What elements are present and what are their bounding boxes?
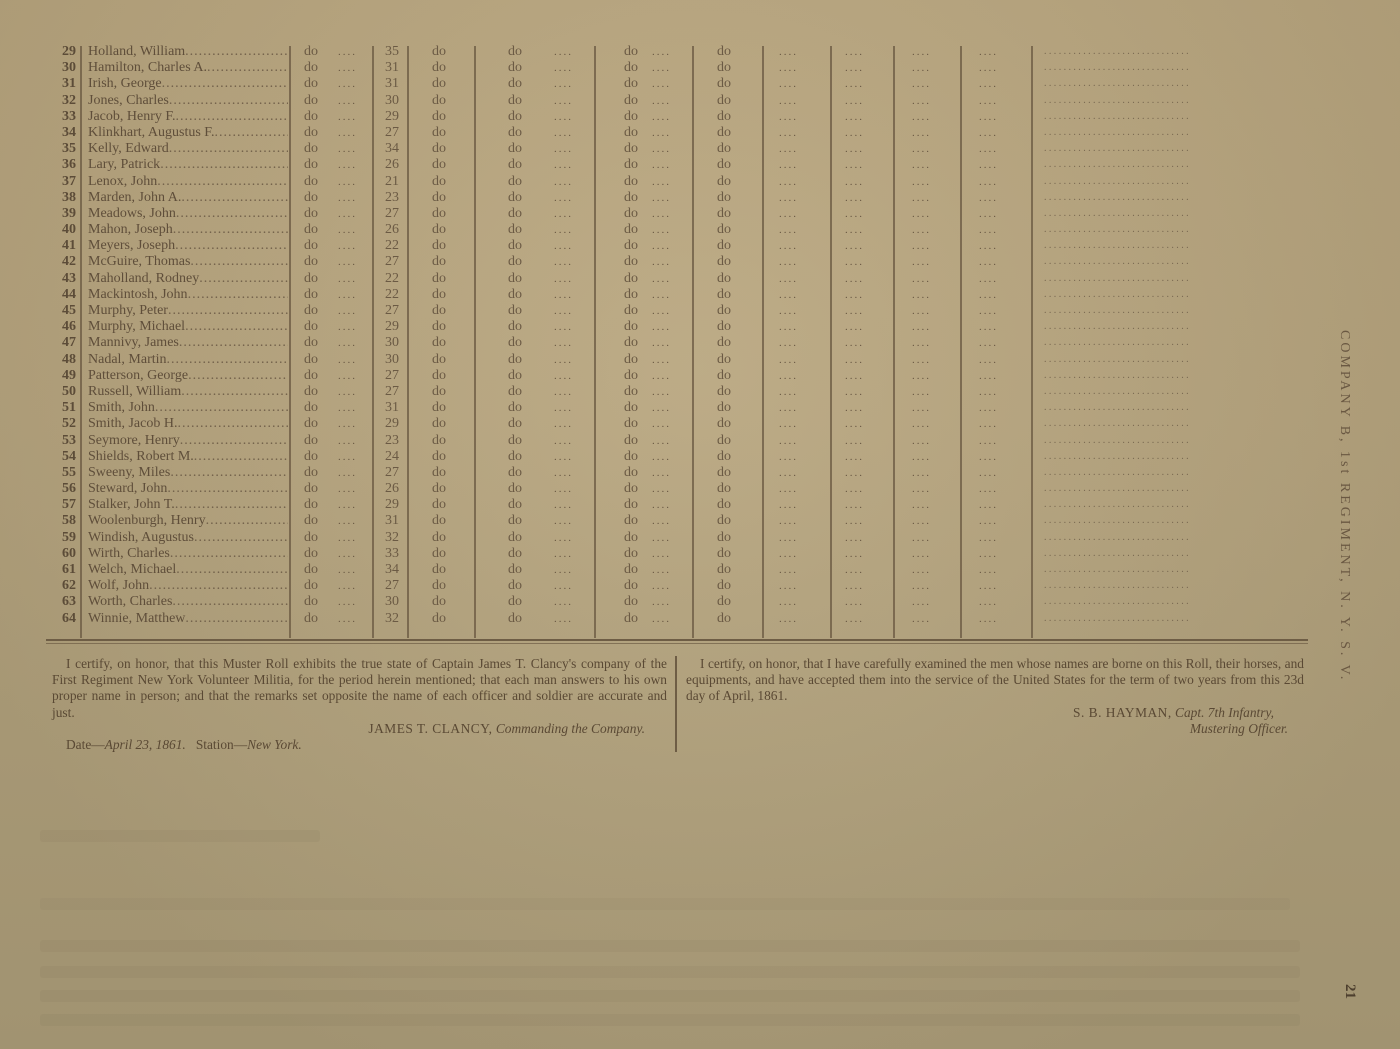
- ditto-cell: do: [304, 513, 318, 529]
- ditto-cell: do: [432, 303, 446, 319]
- ditto-cell: do: [304, 368, 318, 384]
- leader-cell: ....: [554, 513, 573, 529]
- table-bottom-rule: [46, 639, 1308, 641]
- leader-cell: ....: [652, 400, 671, 416]
- ditto-cell: do: [508, 287, 522, 303]
- leader-cell: ....: [338, 76, 357, 92]
- ditto-cell: do: [304, 384, 318, 400]
- ditto-cell: do: [717, 449, 731, 465]
- table-row: 57Stalker, John T.......................…: [46, 497, 1306, 513]
- ditto-cell: do: [624, 368, 638, 384]
- leader-cell: ....: [979, 384, 998, 400]
- ditto-cell: do: [508, 125, 522, 141]
- ditto-cell: do: [508, 400, 522, 416]
- soldier-age: 30: [378, 335, 406, 351]
- dotted-leader: ........................................: [207, 60, 288, 75]
- leader-cell: ....: [912, 433, 931, 449]
- soldier-number: 40: [50, 222, 76, 238]
- leader-cell: ....: [979, 109, 998, 125]
- soldier-number: 64: [50, 611, 76, 627]
- dotted-leader: ........................................: [167, 481, 288, 496]
- leader-cell: ....: [979, 174, 998, 190]
- soldier-age: 26: [378, 481, 406, 497]
- dotted-leader: ........................................: [185, 611, 288, 626]
- soldier-name: Klinkhart, Augustus F...................…: [88, 125, 288, 141]
- leader-cell: ....: [912, 287, 931, 303]
- leader-cell: ....: [554, 141, 573, 157]
- ditto-cell: do: [717, 562, 731, 578]
- soldier-age: 31: [378, 400, 406, 416]
- remarks-cell: ..............................: [1044, 497, 1306, 513]
- dotted-leader: ........................................: [181, 190, 288, 205]
- ditto-cell: do: [717, 546, 731, 562]
- table-row: 48Nadal, Martin.........................…: [46, 352, 1306, 368]
- ditto-cell: do: [432, 319, 446, 335]
- leader-cell: ....: [652, 93, 671, 109]
- ditto-cell: do: [304, 109, 318, 125]
- leader-cell: ....: [845, 594, 864, 610]
- ditto-cell: do: [624, 303, 638, 319]
- leader-cell: ....: [652, 157, 671, 173]
- soldier-age: 29: [378, 416, 406, 432]
- soldier-age: 23: [378, 433, 406, 449]
- remarks-cell: ..............................: [1044, 578, 1306, 594]
- leader-cell: ....: [779, 222, 798, 238]
- ditto-cell: do: [717, 578, 731, 594]
- ditto-cell: do: [304, 174, 318, 190]
- leader-cell: ....: [779, 513, 798, 529]
- ditto-cell: do: [508, 481, 522, 497]
- leader-cell: ....: [652, 416, 671, 432]
- soldier-number: 60: [50, 546, 76, 562]
- ditto-cell: do: [508, 594, 522, 610]
- leader-cell: ....: [979, 287, 998, 303]
- soldier-name: Holland, William........................…: [88, 44, 288, 60]
- soldier-number: 53: [50, 433, 76, 449]
- commander-title: Commanding the Company.: [496, 721, 645, 736]
- leader-cell: ....: [979, 141, 998, 157]
- leader-cell: ....: [979, 335, 998, 351]
- table-row: 32Jones, Charles........................…: [46, 93, 1306, 109]
- soldier-age: 26: [378, 222, 406, 238]
- leader-cell: ....: [912, 530, 931, 546]
- ditto-cell: do: [717, 416, 731, 432]
- leader-cell: ....: [554, 238, 573, 254]
- remarks-cell: ..............................: [1044, 513, 1306, 529]
- leader-cell: ....: [979, 157, 998, 173]
- leader-cell: ....: [652, 368, 671, 384]
- ditto-cell: do: [432, 416, 446, 432]
- ditto-cell: do: [432, 174, 446, 190]
- table-bottom-rule-thin: [46, 643, 1308, 644]
- leader-cell: ....: [554, 125, 573, 141]
- leader-cell: ....: [554, 400, 573, 416]
- dotted-leader: ........................................: [194, 530, 288, 545]
- ditto-cell: do: [304, 433, 318, 449]
- soldier-name: Smith, Jacob H..........................…: [88, 416, 288, 432]
- dotted-leader: ........................................: [169, 141, 288, 156]
- ditto-cell: do: [624, 335, 638, 351]
- leader-cell: ....: [979, 497, 998, 513]
- leader-cell: ....: [912, 60, 931, 76]
- leader-cell: ....: [652, 303, 671, 319]
- leader-cell: ....: [979, 368, 998, 384]
- leader-cell: ....: [912, 400, 931, 416]
- soldier-number: 39: [50, 206, 76, 222]
- leader-cell: ....: [652, 562, 671, 578]
- soldier-age: 29: [378, 319, 406, 335]
- table-row: 52Smith, Jacob H........................…: [46, 416, 1306, 432]
- ditto-cell: do: [717, 465, 731, 481]
- soldier-age: 30: [378, 93, 406, 109]
- leader-cell: ....: [338, 497, 357, 513]
- leader-cell: ....: [912, 335, 931, 351]
- soldier-number: 58: [50, 513, 76, 529]
- remarks-cell: ..............................: [1044, 287, 1306, 303]
- leader-cell: ....: [979, 578, 998, 594]
- leader-cell: ....: [338, 141, 357, 157]
- ditto-cell: do: [432, 271, 446, 287]
- leader-cell: ....: [779, 254, 798, 270]
- ditto-cell: do: [432, 546, 446, 562]
- page-number: 21: [1341, 984, 1358, 999]
- remarks-cell: ..............................: [1044, 125, 1306, 141]
- leader-cell: ....: [779, 433, 798, 449]
- leader-cell: ....: [554, 60, 573, 76]
- dotted-leader: ........................................: [188, 287, 288, 302]
- dotted-leader: ........................................: [194, 449, 288, 464]
- leader-cell: ....: [338, 465, 357, 481]
- ditto-cell: do: [432, 109, 446, 125]
- leader-cell: ....: [652, 271, 671, 287]
- remarks-cell: ..............................: [1044, 190, 1306, 206]
- ditto-cell: do: [508, 93, 522, 109]
- ditto-cell: do: [508, 513, 522, 529]
- leader-cell: ....: [554, 287, 573, 303]
- soldier-name: Mannivy, James..........................…: [88, 335, 288, 351]
- soldier-age: 29: [378, 109, 406, 125]
- table-row: 55Sweeny, Miles.........................…: [46, 465, 1306, 481]
- leader-cell: ....: [338, 546, 357, 562]
- remarks-cell: ..............................: [1044, 352, 1306, 368]
- leader-cell: ....: [845, 384, 864, 400]
- commander-certificate: I certify, on honor, that this Muster Ro…: [52, 656, 667, 753]
- leader-cell: ....: [338, 481, 357, 497]
- ditto-cell: do: [432, 238, 446, 254]
- ditto-cell: do: [624, 76, 638, 92]
- soldier-name: Nadal, Martin...........................…: [88, 352, 288, 368]
- leader-cell: ....: [554, 352, 573, 368]
- leader-cell: ....: [779, 125, 798, 141]
- leader-cell: ....: [338, 335, 357, 351]
- dotted-leader: ........................................: [170, 465, 288, 480]
- leader-cell: ....: [979, 206, 998, 222]
- leader-cell: ....: [652, 530, 671, 546]
- dotted-leader: ........................................: [168, 303, 288, 318]
- show-through-text: [40, 898, 1290, 910]
- dotted-leader: ........................................: [155, 400, 288, 415]
- leader-cell: ....: [652, 174, 671, 190]
- dotted-leader: ........................................: [185, 319, 288, 334]
- soldier-age: 27: [378, 125, 406, 141]
- soldier-name: Windish, Augustus.......................…: [88, 530, 288, 546]
- dotted-leader: ........................................: [176, 206, 288, 221]
- table-row: 41Meyers, Joseph........................…: [46, 238, 1306, 254]
- mustering-role-line: Mustering Officer.: [686, 721, 1304, 737]
- table-row: 42McGuire, Thomas.......................…: [46, 254, 1306, 270]
- ditto-cell: do: [304, 546, 318, 562]
- leader-cell: ....: [845, 449, 864, 465]
- muster-roll-table: 29Holland, William......................…: [46, 44, 1306, 627]
- mustering-signature: S. B. HAYMAN, Capt. 7th Infantry,: [686, 705, 1304, 721]
- ditto-cell: do: [624, 271, 638, 287]
- table-row: 39Meadows, John.........................…: [46, 206, 1306, 222]
- leader-cell: ....: [554, 157, 573, 173]
- station-label: Station—: [196, 737, 247, 752]
- leader-cell: ....: [554, 465, 573, 481]
- leader-cell: ....: [845, 206, 864, 222]
- soldier-number: 37: [50, 174, 76, 190]
- ditto-cell: do: [432, 449, 446, 465]
- leader-cell: ....: [338, 513, 357, 529]
- ditto-cell: do: [624, 93, 638, 109]
- soldier-age: 26: [378, 157, 406, 173]
- leader-cell: ....: [979, 76, 998, 92]
- leader-cell: ....: [779, 206, 798, 222]
- ditto-cell: do: [304, 449, 318, 465]
- remarks-cell: ..............................: [1044, 562, 1306, 578]
- table-row: 63Worth, Charles........................…: [46, 594, 1306, 610]
- leader-cell: ....: [338, 93, 357, 109]
- ditto-cell: do: [717, 141, 731, 157]
- leader-cell: ....: [845, 157, 864, 173]
- ditto-cell: do: [304, 562, 318, 578]
- ditto-cell: do: [624, 546, 638, 562]
- soldier-number: 41: [50, 238, 76, 254]
- ditto-cell: do: [432, 222, 446, 238]
- soldier-age: 31: [378, 60, 406, 76]
- leader-cell: ....: [779, 287, 798, 303]
- ditto-cell: do: [717, 44, 731, 60]
- ditto-cell: do: [432, 611, 446, 627]
- leader-cell: ....: [652, 611, 671, 627]
- leader-cell: ....: [845, 562, 864, 578]
- remarks-cell: ..............................: [1044, 238, 1306, 254]
- leader-cell: ....: [979, 416, 998, 432]
- soldier-name: Steward, John...........................…: [88, 481, 288, 497]
- leader-cell: ....: [554, 530, 573, 546]
- soldier-age: 32: [378, 530, 406, 546]
- leader-cell: ....: [845, 76, 864, 92]
- leader-cell: ....: [845, 141, 864, 157]
- table-row: 30Hamilton, Charles A...................…: [46, 60, 1306, 76]
- ditto-cell: do: [508, 611, 522, 627]
- ditto-cell: do: [432, 497, 446, 513]
- remarks-cell: ..............................: [1044, 546, 1306, 562]
- soldier-number: 59: [50, 530, 76, 546]
- leader-cell: ....: [779, 546, 798, 562]
- leader-cell: ....: [338, 271, 357, 287]
- leader-cell: ....: [779, 303, 798, 319]
- leader-cell: ....: [338, 174, 357, 190]
- leader-cell: ....: [338, 368, 357, 384]
- date-label: Date—: [66, 737, 105, 752]
- ditto-cell: do: [717, 594, 731, 610]
- ditto-cell: do: [624, 287, 638, 303]
- ditto-cell: do: [717, 287, 731, 303]
- soldier-name: Jones, Charles..........................…: [88, 93, 288, 109]
- ditto-cell: do: [304, 352, 318, 368]
- soldier-name: Jacob, Henry F..........................…: [88, 109, 288, 125]
- ditto-cell: do: [508, 174, 522, 190]
- ditto-cell: do: [304, 594, 318, 610]
- leader-cell: ....: [554, 578, 573, 594]
- ditto-cell: do: [624, 141, 638, 157]
- ditto-cell: do: [508, 222, 522, 238]
- soldier-number: 57: [50, 497, 76, 513]
- leader-cell: ....: [979, 303, 998, 319]
- soldier-age: 27: [378, 578, 406, 594]
- dotted-leader: ........................................: [160, 157, 288, 172]
- ditto-cell: do: [304, 125, 318, 141]
- ditto-cell: do: [304, 157, 318, 173]
- dotted-leader: ........................................: [177, 416, 288, 431]
- soldier-name: Wirth, Charles..........................…: [88, 546, 288, 562]
- soldier-number: 61: [50, 562, 76, 578]
- remarks-cell: ..............................: [1044, 481, 1306, 497]
- ditto-cell: do: [508, 465, 522, 481]
- leader-cell: ....: [338, 125, 357, 141]
- leader-cell: ....: [979, 594, 998, 610]
- ditto-cell: do: [717, 271, 731, 287]
- ditto-cell: do: [432, 481, 446, 497]
- ditto-cell: do: [624, 238, 638, 254]
- remarks-cell: ..............................: [1044, 433, 1306, 449]
- ditto-cell: do: [717, 190, 731, 206]
- soldier-age: 27: [378, 465, 406, 481]
- ditto-cell: do: [304, 93, 318, 109]
- leader-cell: ....: [554, 497, 573, 513]
- leader-cell: ....: [338, 254, 357, 270]
- leader-cell: ....: [338, 400, 357, 416]
- leader-cell: ....: [912, 513, 931, 529]
- soldier-name: McGuire, Thomas.........................…: [88, 254, 288, 270]
- soldier-age: 32: [378, 611, 406, 627]
- leader-cell: ....: [845, 44, 864, 60]
- remarks-cell: ..............................: [1044, 60, 1306, 76]
- leader-cell: ....: [912, 157, 931, 173]
- leader-cell: ....: [652, 433, 671, 449]
- leader-cell: ....: [912, 44, 931, 60]
- leader-cell: ....: [652, 449, 671, 465]
- ditto-cell: do: [508, 530, 522, 546]
- leader-cell: ....: [779, 238, 798, 254]
- table-row: 59Windish, Augustus.....................…: [46, 530, 1306, 546]
- leader-cell: ....: [845, 546, 864, 562]
- leader-cell: ....: [979, 433, 998, 449]
- leader-cell: ....: [845, 174, 864, 190]
- leader-cell: ....: [779, 190, 798, 206]
- ditto-cell: do: [624, 497, 638, 513]
- ditto-cell: do: [717, 400, 731, 416]
- leader-cell: ....: [845, 287, 864, 303]
- ditto-cell: do: [508, 433, 522, 449]
- leader-cell: ....: [554, 109, 573, 125]
- leader-cell: ....: [979, 190, 998, 206]
- ditto-cell: do: [624, 481, 638, 497]
- dotted-leader: ........................................: [188, 368, 288, 383]
- leader-cell: ....: [652, 287, 671, 303]
- table-row: 53Seymore, Henry........................…: [46, 433, 1306, 449]
- ditto-cell: do: [432, 433, 446, 449]
- soldier-name: Woolenburgh, Henry......................…: [88, 513, 288, 529]
- leader-cell: ....: [554, 76, 573, 92]
- leader-cell: ....: [652, 578, 671, 594]
- soldier-age: 27: [378, 384, 406, 400]
- leader-cell: ....: [779, 368, 798, 384]
- dotted-leader: ........................................: [170, 546, 288, 561]
- remarks-cell: ..............................: [1044, 109, 1306, 125]
- remarks-cell: ..............................: [1044, 206, 1306, 222]
- ditto-cell: do: [624, 578, 638, 594]
- ditto-cell: do: [717, 513, 731, 529]
- leader-cell: ....: [779, 157, 798, 173]
- ditto-cell: do: [624, 562, 638, 578]
- commander-certificate-text: I certify, on honor, that this Muster Ro…: [52, 656, 667, 721]
- soldier-name: Murphy, Peter...........................…: [88, 303, 288, 319]
- soldier-name: Smith, John.............................…: [88, 400, 288, 416]
- leader-cell: ....: [652, 125, 671, 141]
- ditto-cell: do: [508, 76, 522, 92]
- ditto-cell: do: [304, 335, 318, 351]
- soldier-age: 27: [378, 254, 406, 270]
- mustering-certificate-text: I certify, on honor, that I have careful…: [686, 656, 1304, 705]
- leader-cell: ....: [554, 384, 573, 400]
- show-through-text: [40, 830, 320, 842]
- leader-cell: ....: [554, 206, 573, 222]
- soldier-number: 43: [50, 271, 76, 287]
- leader-cell: ....: [845, 578, 864, 594]
- remarks-cell: ..............................: [1044, 400, 1306, 416]
- ditto-cell: do: [432, 93, 446, 109]
- soldier-age: 33: [378, 546, 406, 562]
- dotted-leader: ........................................: [172, 594, 288, 609]
- ditto-cell: do: [432, 368, 446, 384]
- ditto-cell: do: [304, 76, 318, 92]
- leader-cell: ....: [338, 352, 357, 368]
- leader-cell: ....: [912, 238, 931, 254]
- soldier-age: 27: [378, 206, 406, 222]
- leader-cell: ....: [779, 384, 798, 400]
- ditto-cell: do: [508, 157, 522, 173]
- soldier-number: 30: [50, 60, 76, 76]
- leader-cell: ....: [338, 190, 357, 206]
- soldier-age: 29: [378, 497, 406, 513]
- leader-cell: ....: [554, 254, 573, 270]
- soldier-number: 44: [50, 287, 76, 303]
- soldier-name: Hamilton, Charles A.....................…: [88, 60, 288, 76]
- dotted-leader: ........................................: [162, 76, 288, 91]
- mustering-signer: S. B. HAYMAN,: [1073, 705, 1172, 720]
- ditto-cell: do: [304, 497, 318, 513]
- soldier-age: 35: [378, 44, 406, 60]
- ditto-cell: do: [717, 109, 731, 125]
- ditto-cell: do: [304, 238, 318, 254]
- soldier-age: 30: [378, 352, 406, 368]
- ditto-cell: do: [432, 578, 446, 594]
- leader-cell: ....: [554, 562, 573, 578]
- remarks-cell: ..............................: [1044, 254, 1306, 270]
